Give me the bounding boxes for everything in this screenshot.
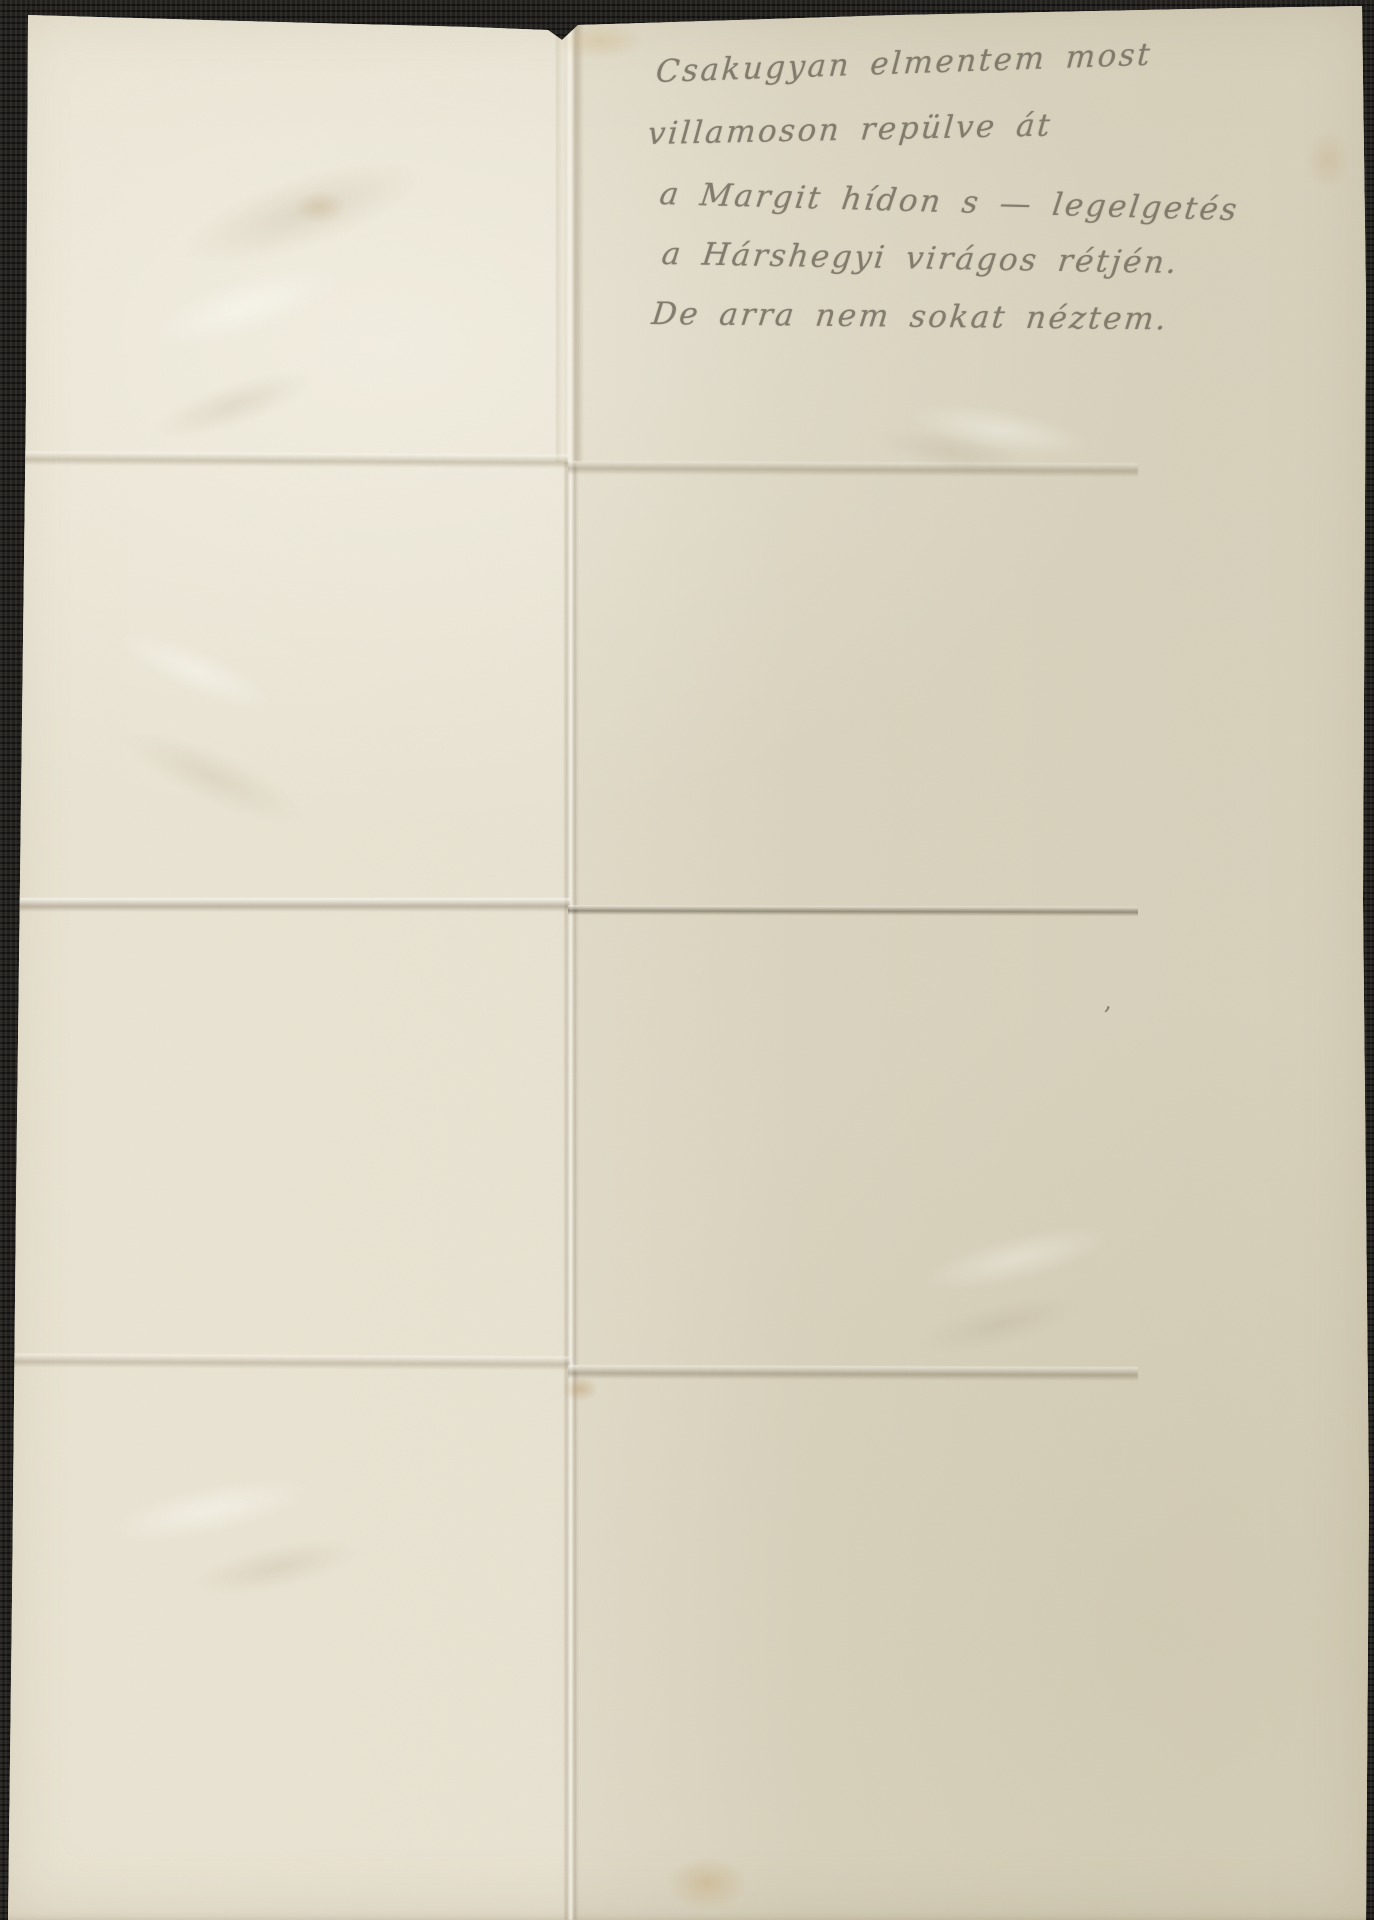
stain-top-left (285, 185, 355, 229)
stain-bottom-center (652, 1848, 762, 1918)
vertical-fold-crease-top (556, 14, 584, 462)
right-half-shading (578, 0, 1374, 1920)
stray-pencil-mark: ’ (1100, 1002, 1112, 1033)
wrinkle-top-right (835, 305, 1165, 554)
stain-right-edge (1298, 120, 1358, 200)
stain-top-fold-edge (540, 16, 660, 66)
handwriting-line: De arra nem sokat néztem. (650, 296, 1171, 337)
stain-middle-fold (556, 1372, 604, 1406)
horizontal-fold-crease-2-left (8, 898, 570, 912)
handwriting-line: a Hárshegyi virágos rétjén. (660, 236, 1181, 281)
wrinkle-bottom-left (35, 1348, 426, 1693)
horizontal-fold-crease-3-right (568, 1365, 1138, 1381)
wrinkle-middle-right (836, 1115, 1205, 1425)
wrinkle-middle-left (12, 512, 408, 908)
horizontal-fold-crease-3-left (8, 1354, 570, 1371)
handwriting-line: villamoson repülve át (646, 107, 1053, 152)
paper-grain-texture (0, 0, 1374, 1920)
vertical-fold-crease (563, 0, 579, 1920)
handwriting-line: Csakugyan elmentem most (655, 37, 1154, 90)
horizontal-fold-crease-1-left (8, 451, 568, 468)
horizontal-fold-crease-2-right (568, 905, 1138, 916)
horizontal-fold-crease-1-right (568, 461, 1138, 477)
handwriting-line: a Margit hídon s — legelgetés (658, 176, 1242, 228)
paper-sheet: Csakugyan elmentem most villamoson repül… (0, 0, 1374, 1920)
wrinkle-top-left (45, 34, 556, 506)
